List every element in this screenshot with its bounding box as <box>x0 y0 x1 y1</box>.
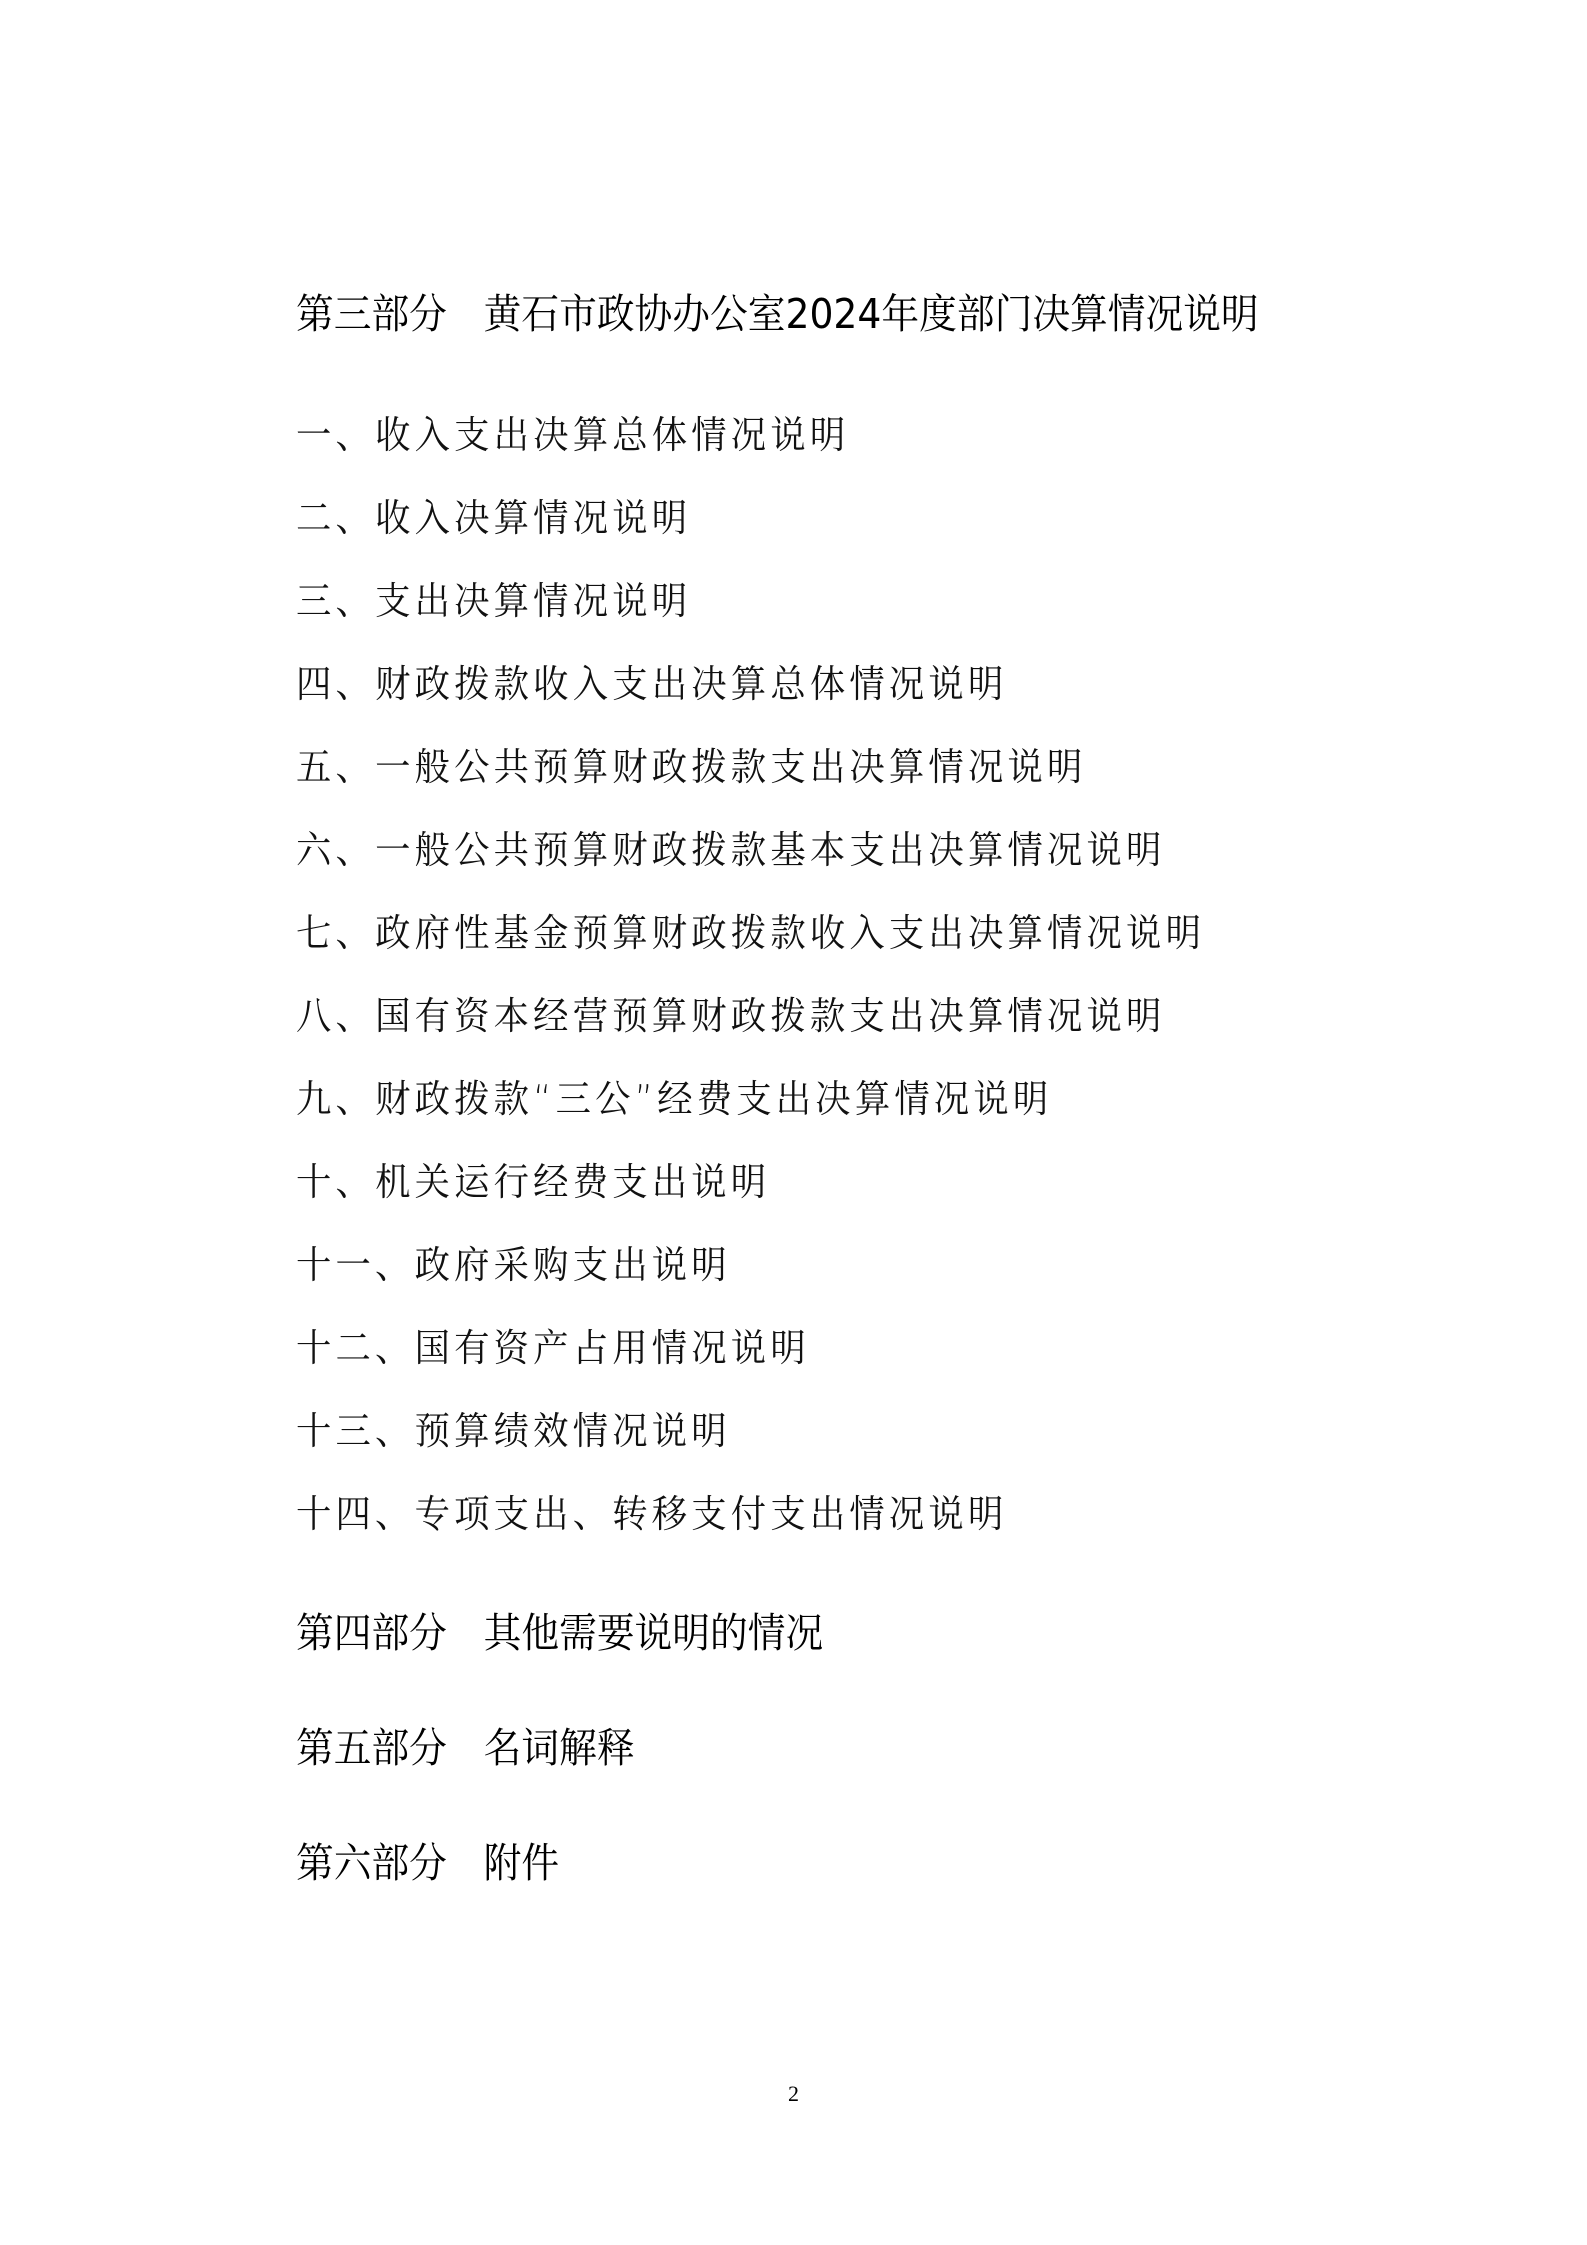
toc-item: 十、机关运行经费支出说明 <box>296 1163 770 1201</box>
toc-item-number: 十二、 <box>296 1326 415 1370</box>
toc-item: 七、政府性基金预算财政拨款收入支出决算情况说明 <box>296 914 1205 952</box>
toc-item-text: 预算绩效情况说明 <box>415 1409 731 1453</box>
toc-item-text: 政府采购支出说明 <box>415 1243 731 1287</box>
part4-title: 其他需要说明的情况 <box>484 1609 823 1657</box>
part3-label: 第三部分 <box>296 290 447 338</box>
toc-item-number: 五、 <box>296 745 375 789</box>
toc-item: 五、一般公共预算财政拨款支出决算情况说明 <box>296 748 1087 786</box>
toc-item-number: 十一、 <box>296 1243 415 1287</box>
toc-item: 十四、专项支出、转移支付支出情况说明 <box>296 1495 1007 1533</box>
part5-title: 名词解释 <box>484 1724 635 1772</box>
toc-item: 九、财政拨款“三公”经费支出决算情况说明 <box>296 1080 1052 1118</box>
toc-item-text: 一般公共预算财政拨款基本支出决算情况说明 <box>375 828 1166 872</box>
toc-item-text: 财政拨款收入支出决算总体情况说明 <box>375 662 1007 706</box>
toc-item-number: 八、 <box>296 994 375 1038</box>
toc-item-text: 政府性基金预算财政拨款收入支出决算情况说明 <box>375 911 1205 955</box>
toc-item: 十一、政府采购支出说明 <box>296 1246 731 1284</box>
toc-item-text: 国有资本经营预算财政拨款支出决算情况说明 <box>375 994 1166 1038</box>
part5-label: 第五部分 <box>296 1724 447 1772</box>
toc-item-text: 支出决算情况说明 <box>375 579 691 623</box>
toc-item: 十三、预算绩效情况说明 <box>296 1412 731 1450</box>
toc-item-number: 二、 <box>296 496 375 540</box>
toc-item-number: 七、 <box>296 911 375 955</box>
document-page: 第三部分黄石市政协办公室2024年度部门决算情况说明 一、收入支出决算总体情况说… <box>0 0 1587 2245</box>
part6-label: 第六部分 <box>296 1839 447 1887</box>
part3-title: 黄石市政协办公室2024年度部门决算情况说明 <box>484 290 1259 338</box>
toc-item-number: 九、 <box>296 1077 375 1121</box>
toc-item: 一、收入支出决算总体情况说明 <box>296 416 849 454</box>
toc-item: 三、支出决算情况说明 <box>296 582 691 620</box>
toc-item-number: 十三、 <box>296 1409 415 1453</box>
toc-item-number: 四、 <box>296 662 375 706</box>
toc-item-text: 财政拨款“三公”经费支出决算情况说明 <box>375 1077 1052 1121</box>
part4-heading: 第四部分其他需要说明的情况 <box>296 1613 823 1654</box>
page-number: 2 <box>0 2083 1587 2105</box>
toc-item-number: 六、 <box>296 828 375 872</box>
part4-label: 第四部分 <box>296 1609 447 1657</box>
toc-item-number: 十、 <box>296 1160 375 1204</box>
toc-item-number: 十四、 <box>296 1492 415 1536</box>
part5-heading: 第五部分名词解释 <box>296 1728 635 1769</box>
toc-item-text: 国有资产占用情况说明 <box>415 1326 810 1370</box>
toc-item-text: 一般公共预算财政拨款支出决算情况说明 <box>375 745 1086 789</box>
toc-item-number: 一、 <box>296 413 375 457</box>
toc-item: 二、收入决算情况说明 <box>296 499 691 537</box>
toc-item: 四、财政拨款收入支出决算总体情况说明 <box>296 665 1007 703</box>
toc-item-number: 三、 <box>296 579 375 623</box>
toc-item-text: 机关运行经费支出说明 <box>375 1160 770 1204</box>
toc-item: 八、国有资本经营预算财政拨款支出决算情况说明 <box>296 997 1166 1035</box>
toc-item-text: 专项支出、转移支付支出情况说明 <box>415 1492 1008 1536</box>
part6-title: 附件 <box>484 1839 559 1887</box>
part6-heading: 第六部分附件 <box>296 1843 559 1884</box>
toc-item: 十二、国有资产占用情况说明 <box>296 1329 810 1367</box>
toc-item-text: 收入决算情况说明 <box>375 496 691 540</box>
toc-item-text: 收入支出决算总体情况说明 <box>375 413 849 457</box>
toc-item: 六、一般公共预算财政拨款基本支出决算情况说明 <box>296 831 1166 869</box>
part3-heading: 第三部分黄石市政协办公室2024年度部门决算情况说明 <box>296 294 1259 335</box>
